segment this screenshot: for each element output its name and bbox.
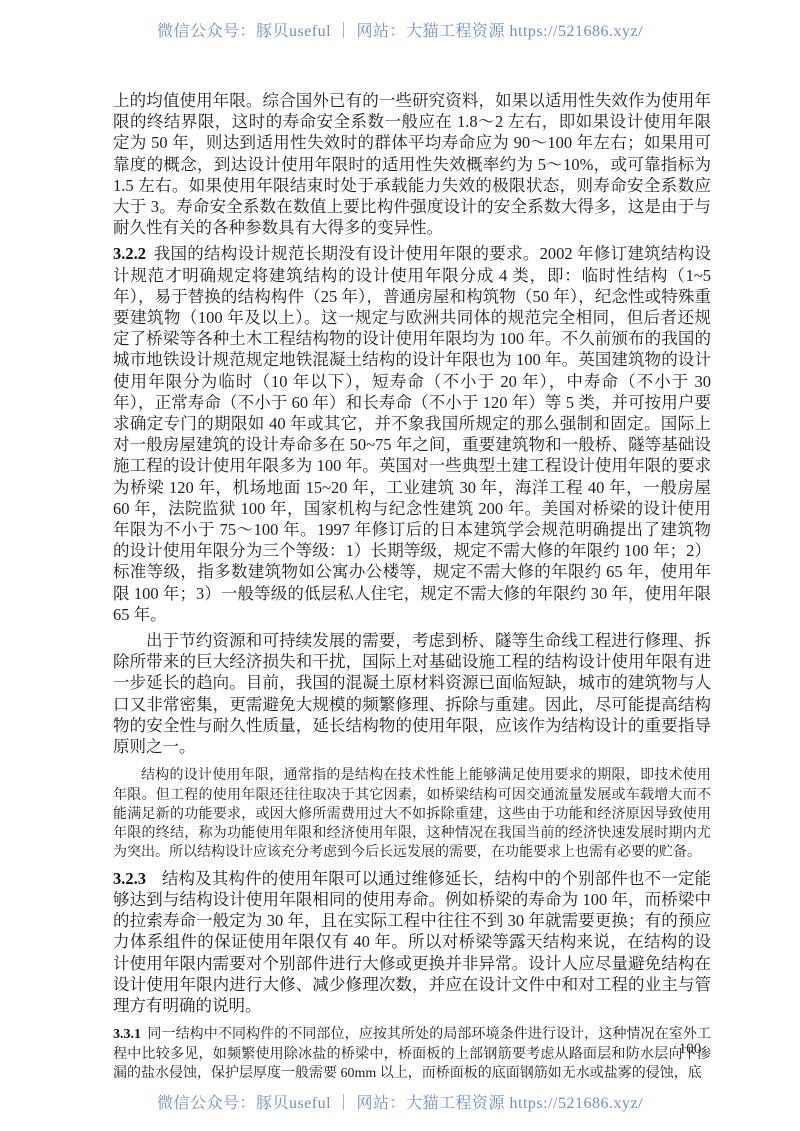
paragraph-3-3-1: 3.3.1同一结构中不同构件的不同部位，应按其所处的局部环境条件进行设计，这种情…: [113, 1025, 711, 1083]
section-number-3-3-1: 3.3.1: [113, 1027, 141, 1042]
paragraph-text: 我国的结构设计规范长期没有设计使用年限的要求。2002 年修订建筑结构设计规范才…: [113, 244, 711, 623]
paragraph-text: 结构的设计使用年限，通常指的是结构在技术性能上能够满足使用要求的期限，即技术使用…: [113, 768, 711, 860]
section-number-3-2-3: 3.2.3: [113, 869, 146, 888]
paragraph-note-technical-service-life: 结构的设计使用年限，通常指的是结构在技术性能上能够满足使用要求的期限，即技术使用…: [113, 766, 711, 862]
paragraph-text: 出于节约资源和可持续发展的需要，考虑到桥、隧等生命线工程进行修理、拆除所带来的巨…: [113, 631, 711, 756]
section-number-3-2-2: 3.2.2: [113, 244, 146, 263]
paragraph-text: 结构及其构件的使用年限可以通过维修延长，结构中的个别部件也不一定能够达到与结构设…: [113, 869, 711, 1015]
paragraph-text: 上的均值使用年限。综合国外已有的一些研究资料，如果以适用性失效作为使用年限的终结…: [113, 91, 711, 237]
paragraph-resource-saving: 出于节约资源和可持续发展的需要，考虑到桥、隧等生命线工程进行修理、拆除所带来的巨…: [113, 630, 711, 757]
footer-watermark: 微信公众号：豚贝useful ｜ 网站：大猫工程资源 https://52168…: [0, 1090, 800, 1113]
paragraph-3-2-2: 3.2.2我国的结构设计规范长期没有设计使用年限的要求。2002 年修订建筑结构…: [113, 243, 711, 625]
document-page: { "watermark": { "text": "微信公众号：豚贝useful…: [0, 0, 800, 1131]
paragraph-continuation: 上的均值使用年限。综合国外已有的一些研究资料，如果以适用性失效作为使用年限的终结…: [113, 90, 711, 238]
document-body: 上的均值使用年限。综合国外已有的一些研究资料，如果以适用性失效作为使用年限的终结…: [113, 90, 711, 1083]
paragraph-text: 同一结构中不同构件的不同部位，应按其所处的局部环境条件进行设计，这种情况在室外工…: [113, 1027, 711, 1081]
page-number: 100: [660, 1041, 720, 1058]
paragraph-3-2-3: 3.2.3结构及其构件的使用年限可以通过维修延长，结构中的个别部件也不一定能够达…: [113, 868, 711, 1016]
header-watermark: 微信公众号：豚贝useful ｜ 网站：大猫工程资源 https://52168…: [0, 18, 800, 41]
